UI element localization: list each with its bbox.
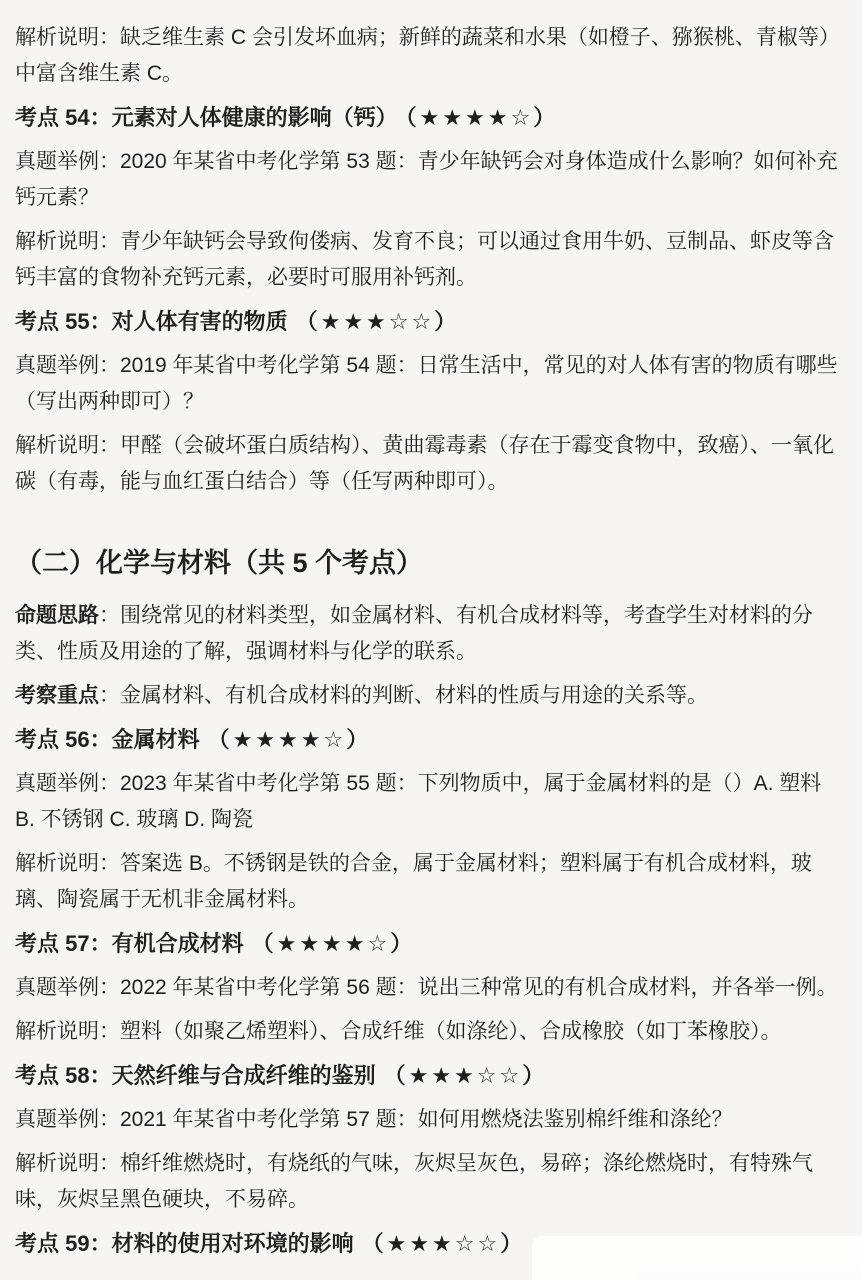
question-example-paragraph: 真题举例：2022 年某省中考化学第 56 题：说出三种常见的有机合成材料，并各… xyxy=(15,970,846,1006)
kaodian-55-star-rating: （★★★☆☆） xyxy=(296,309,460,334)
kaodian-58-heading: 考点 58：天然纤维与合成纤维的鉴别（★★★☆☆） xyxy=(15,1058,846,1094)
kaodian-55-heading: 考点 55：对人体有害的物质（★★★☆☆） xyxy=(15,304,846,340)
kaodian-56-title: 考点 56：金属材料 xyxy=(15,727,200,752)
analysis-paragraph: 解析说明：答案选 B。不锈钢是铁的合金，属于金属材料；塑料属于有机合成材料，玻璃… xyxy=(15,846,846,918)
kaodian-57-heading: 考点 57：有机合成材料（★★★★☆） xyxy=(15,926,846,962)
kaodian-59-star-rating: （★★★☆☆） xyxy=(362,1231,526,1256)
kaodian-54-heading: 考点 54：元素对人体健康的影响（钙）（★★★★☆） xyxy=(15,100,846,136)
proposition-idea-text: ：围绕常见的材料类型，如金属材料、有机合成材料等，考查学生对材料的分类、性质及用… xyxy=(15,604,813,663)
kaodian-56-heading: 考点 56：金属材料（★★★★☆） xyxy=(15,722,846,758)
kaodian-59-title: 考点 59：材料的使用对环境的影响 xyxy=(15,1231,354,1256)
question-example-paragraph: 真题举例：2019 年某省中考化学第 54 题：日常生活中，常见的对人体有害的物… xyxy=(15,348,846,420)
kaodian-54-star-rating: （★★★★☆） xyxy=(406,105,559,130)
question-example-paragraph: 真题举例：2020 年某省中考化学第 53 题：青少年缺钙会对身体造成什么影响？… xyxy=(15,144,846,216)
question-example-paragraph: 真题举例：2023 年某省中考化学第 55 题：下列物质中，属于金属材料的是（）… xyxy=(15,766,846,838)
kaodian-59-heading: 考点 59：材料的使用对环境的影响（★★★☆☆） xyxy=(15,1226,846,1262)
exam-focus-label: 考察重点 xyxy=(15,684,99,707)
proposition-idea-label: 命题思路 xyxy=(15,604,99,627)
exam-focus-paragraph: 考察重点：金属材料、有机合成材料的判断、材料的性质与用途的关系等。 xyxy=(15,678,846,714)
kaodian-58-title: 考点 58：天然纤维与合成纤维的鉴别 xyxy=(15,1063,376,1088)
question-example-paragraph: 真题举例：2021 年某省中考化学第 57 题：如何用燃烧法鉴别棉纤维和涤纶？ xyxy=(15,1102,846,1138)
document-page: 解析说明：缺乏维生素 C 会引发坏血病；新鲜的蔬菜和水果（如橙子、猕猴桃、青椒等… xyxy=(0,0,862,1262)
kaodian-54-title: 考点 54：元素对人体健康的影响（钙） xyxy=(15,105,398,130)
section-heading-chemistry-materials: （二）化学与材料（共 5 个考点） xyxy=(15,542,846,584)
analysis-paragraph: 解析说明：甲醛（会破坏蛋白质结构）、黄曲霉毒素（存在于霉变食物中，致癌）、一氧化… xyxy=(15,428,846,500)
kaodian-58-star-rating: （★★★☆☆） xyxy=(384,1063,548,1088)
exam-focus-text: ：金属材料、有机合成材料的判断、材料的性质与用途的关系等。 xyxy=(99,684,708,707)
analysis-paragraph: 解析说明：青少年缺钙会导致佝偻病、发育不良；可以通过食用牛奶、豆制品、虾皮等含钙… xyxy=(15,224,846,296)
analysis-paragraph: 解析说明：棉纤维燃烧时，有烧纸的气味，灰烬呈灰色，易碎；涤纶燃烧时，有特殊气味，… xyxy=(15,1146,846,1218)
kaodian-55-title: 考点 55：对人体有害的物质 xyxy=(15,309,288,334)
analysis-paragraph: 解析说明：塑料（如聚乙烯塑料）、合成纤维（如涤纶）、合成橡胶（如丁苯橡胶）。 xyxy=(15,1014,846,1050)
kaodian-56-star-rating: （★★★★☆） xyxy=(208,727,372,752)
kaodian-57-star-rating: （★★★★☆） xyxy=(252,931,416,956)
kaodian-57-title: 考点 57：有机合成材料 xyxy=(15,931,244,956)
proposition-idea-paragraph: 命题思路：围绕常见的材料类型，如金属材料、有机合成材料等，考查学生对材料的分类、… xyxy=(15,598,846,670)
analysis-paragraph: 解析说明：缺乏维生素 C 会引发坏血病；新鲜的蔬菜和水果（如橙子、猕猴桃、青椒等… xyxy=(15,20,846,92)
